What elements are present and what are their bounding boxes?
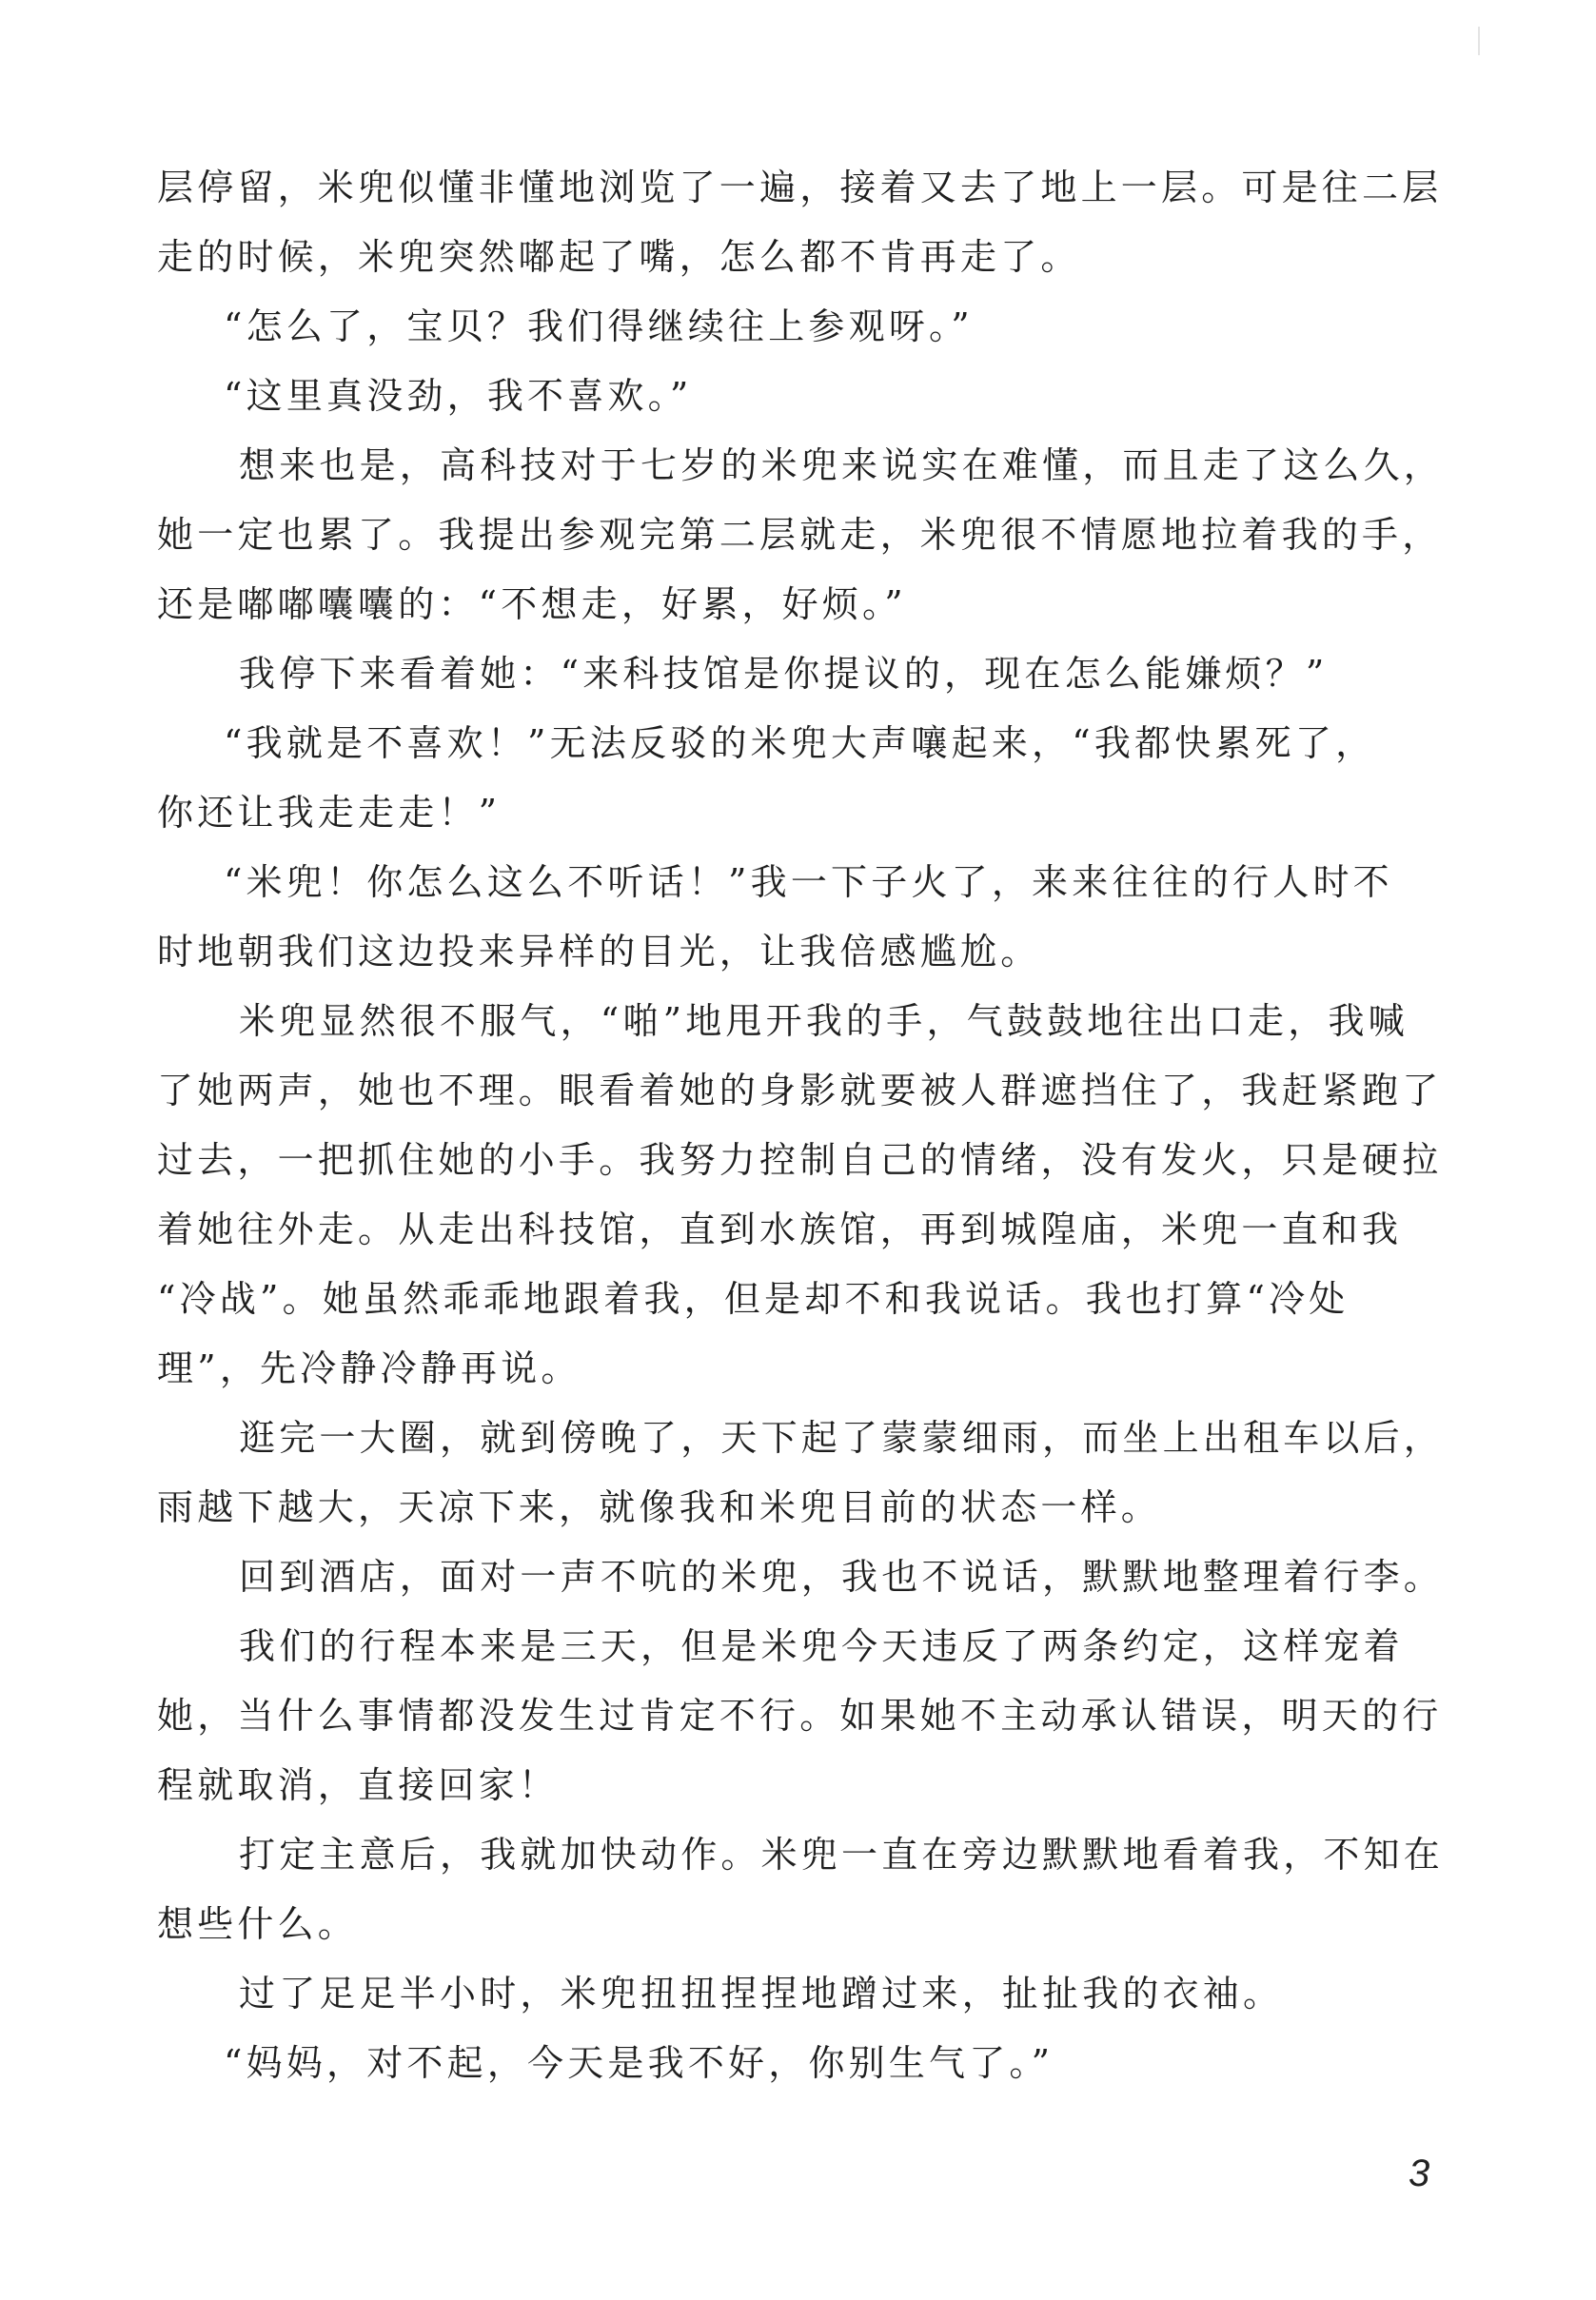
text-line: 还是嘟嘟囔囔的：“不想走，好累，好烦。” — [157, 579, 1394, 648]
page-number: 3 — [1409, 2153, 1429, 2195]
text-line: 你还让我走走走！” — [157, 787, 1394, 856]
text-line: 了她两声，她也不理。眼看着她的身影就要被人群遮挡住了，我赶紧跑了 — [157, 1065, 1394, 1134]
text-line: 过了足足半小时，米兜扭扭捏捏地蹭过来，扯扯我的衣袖。 — [157, 1968, 1394, 2037]
text-line: 时地朝我们这边投来异样的目光，让我倍感尴尬。 — [157, 926, 1394, 995]
text-line: 米兜显然很不服气，“啪”地甩开我的手，气鼓鼓地往出口走，我喊 — [157, 995, 1394, 1065]
text-line: 程就取消，直接回家！ — [157, 1759, 1394, 1829]
text-line: 理”，先冷静冷静再说。 — [157, 1343, 1394, 1412]
scan-artifact — [1478, 27, 1480, 55]
text-line: 她，当什么事情都没发生过肯定不行。如果她不主动承认错误，明天的行 — [157, 1690, 1394, 1759]
text-line: 想些什么。 — [157, 1898, 1394, 1968]
text-line: 着她往外走。从走出科技馆，直到水族馆，再到城隍庙，米兜一直和我 — [157, 1204, 1394, 1273]
text-line: “冷战”。她虽然乖乖地跟着我，但是却不和我说话。我也打算“冷处 — [157, 1273, 1394, 1343]
text-line: “这里真没劲，我不喜欢。” — [157, 370, 1394, 440]
text-line: “我就是不喜欢！”无法反驳的米兜大声嚷起来，“我都快累死了， — [157, 718, 1394, 787]
text-line: 我们的行程本来是三天，但是米兜今天违反了两条约定，这样宠着 — [157, 1621, 1394, 1690]
text-line: 层停留，米兜似懂非懂地浏览了一遍，接着又去了地上一层。可是往二层 — [157, 162, 1394, 231]
text-line: 打定主意后，我就加快动作。米兜一直在旁边默默地看着我，不知在 — [157, 1829, 1394, 1898]
text-line: “怎么了，宝贝？我们得继续往上参观呀。” — [157, 301, 1394, 370]
text-line: 过去，一把抓住她的小手。我努力控制自己的情绪，没有发火，只是硬拉 — [157, 1134, 1394, 1204]
text-line: “妈妈，对不起，今天是我不好，你别生气了。” — [157, 2037, 1394, 2107]
text-line: 逛完一大圈，就到傍晚了，天下起了蒙蒙细雨，而坐上出租车以后， — [157, 1412, 1394, 1482]
body-text: 层停留，米兜似懂非懂地浏览了一遍，接着又去了地上一层。可是往二层 走的时候，米兜… — [157, 162, 1394, 2107]
text-line: 我停下来看着她：“来科技馆是你提议的，现在怎么能嫌烦？” — [157, 648, 1394, 718]
text-line: 雨越下越大，天凉下来，就像我和米兜目前的状态一样。 — [157, 1482, 1394, 1551]
book-page: 层停留，米兜似懂非懂地浏览了一遍，接着又去了地上一层。可是往二层 走的时候，米兜… — [0, 0, 1596, 2300]
text-line: 想来也是，高科技对于七岁的米兜来说实在难懂，而且走了这么久， — [157, 440, 1394, 509]
text-line: 回到酒店，面对一声不吭的米兜，我也不说话，默默地整理着行李。 — [157, 1551, 1394, 1621]
text-line: 走的时候，米兜突然嘟起了嘴，怎么都不肯再走了。 — [157, 231, 1394, 301]
text-line: 她一定也累了。我提出参观完第二层就走，米兜很不情愿地拉着我的手， — [157, 509, 1394, 579]
text-line: “米兜！你怎么这么不听话！”我一下子火了，来来往往的行人时不 — [157, 856, 1394, 926]
